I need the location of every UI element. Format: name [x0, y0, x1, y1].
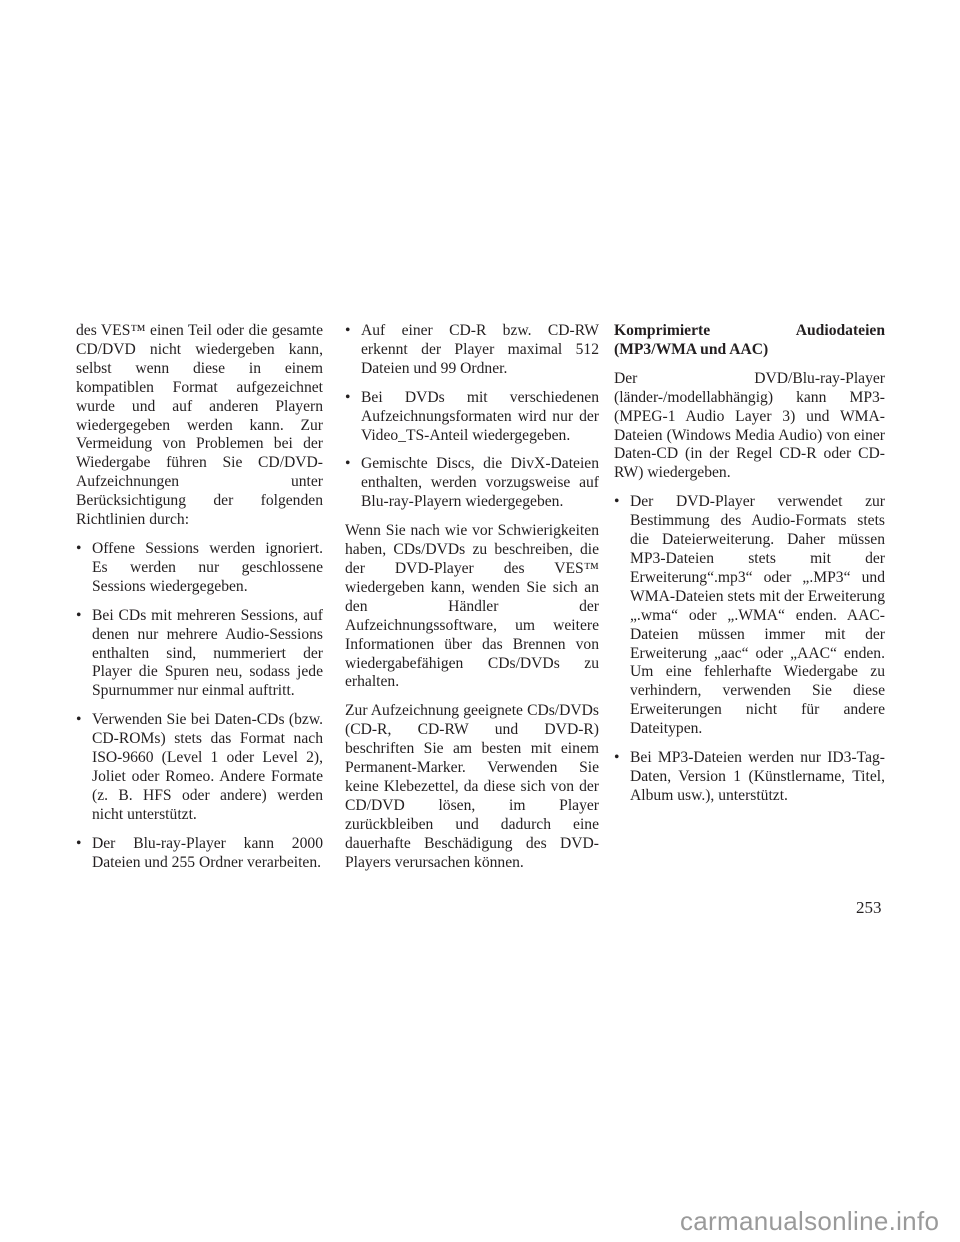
list-item: Verwenden Sie bei Daten-CDs (bzw. CD-ROM… — [76, 711, 323, 824]
left-column: des VES™ einen Teil oder die gesamte CD/… — [76, 322, 323, 882]
list-item: Der DVD-Player verwendet zur Bestimmung … — [614, 493, 885, 739]
labeling-paragraph: Zur Aufzeichnung geeignete CDs/DVDs (CD-… — [345, 702, 599, 872]
list-item: Bei CDs mit mehreren Sessions, auf denen… — [76, 607, 323, 702]
support-paragraph: Wenn Sie nach wie vor Schwierigkeiten ha… — [345, 522, 599, 692]
section-heading: Komprimierte Audiodateien (MP3/WMA und A… — [614, 322, 885, 360]
guidelines-list-continued: Auf einer CD-R bzw. CD-RW erkennt der Pl… — [345, 322, 599, 512]
list-item: Bei MP3-Dateien werden nur ID3-Tag-Daten… — [614, 749, 885, 806]
compressed-audio-list: Der DVD-Player verwendet zur Bestimmung … — [614, 493, 885, 806]
intro-paragraph: des VES™ einen Teil oder die gesamte CD/… — [76, 322, 323, 530]
right-column: Komprimierte Audiodateien (MP3/WMA und A… — [614, 322, 885, 816]
middle-column: Auf einer CD-R bzw. CD-RW erkennt der Pl… — [345, 322, 599, 882]
list-item: Auf einer CD-R bzw. CD-RW erkennt der Pl… — [345, 322, 599, 379]
page-number: 253 — [856, 898, 882, 918]
list-item: Gemischte Discs, die DivX-Dateien enthal… — [345, 455, 599, 512]
list-item: Der Blu-ray-Player kann 2000 Dateien und… — [76, 835, 323, 873]
guidelines-list: Offene Sessions werden ignoriert. Es wer… — [76, 540, 323, 873]
list-item: Offene Sessions werden ignoriert. Es wer… — [76, 540, 323, 597]
list-item: Bei DVDs mit verschiedenen Aufzeichnungs… — [345, 389, 599, 446]
compressed-audio-intro: Der DVD/Blu-ray-Player (länder-/modellab… — [614, 370, 885, 483]
watermark: carmanualsonline.info — [680, 1206, 939, 1237]
